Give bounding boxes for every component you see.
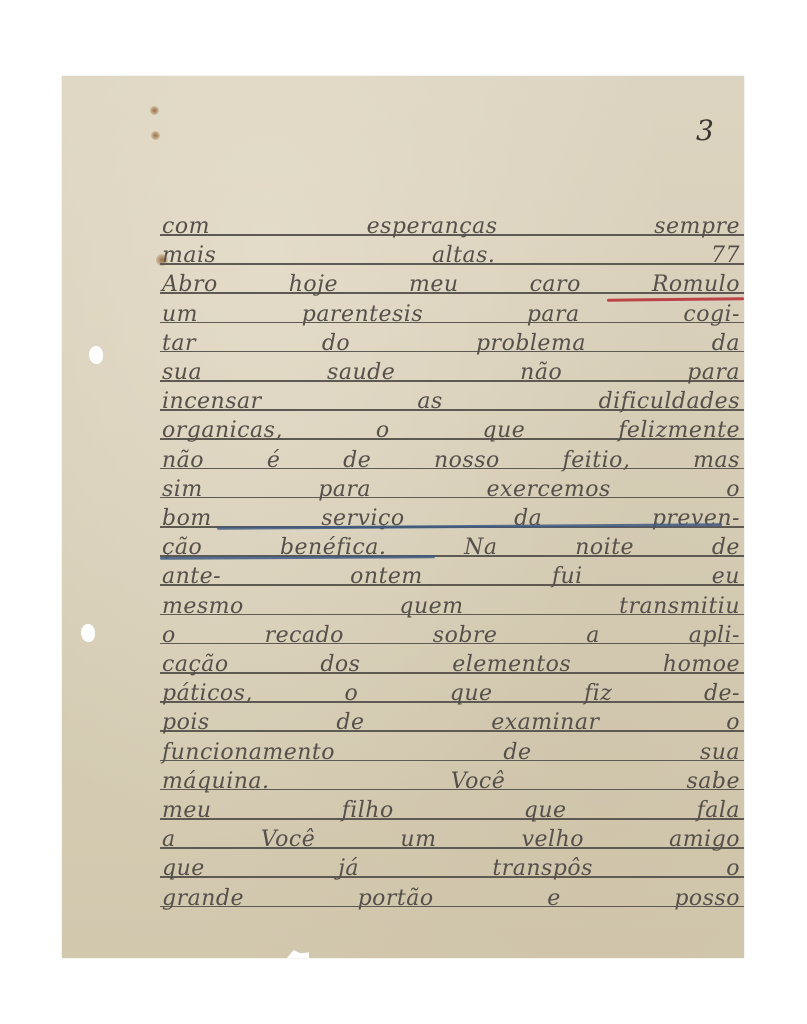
handwritten-word: examinar [491, 710, 599, 736]
handwritten-word: e [547, 886, 561, 912]
handwritten-word: não [162, 448, 204, 474]
handwritten-word: páticos, [162, 681, 253, 707]
handwritten-word: parentesis [302, 302, 423, 328]
handwritten-word: feitio, [563, 448, 631, 474]
handwritten-word: é [267, 448, 281, 474]
handwritten-word: velho [522, 827, 584, 853]
handwritten-word: Você [451, 769, 505, 795]
handwritten-word: ante- [162, 564, 221, 590]
handwritten-line: comesperançassempre [162, 212, 740, 240]
handwritten-word: meu [162, 798, 212, 824]
handwritten-word: de [712, 535, 740, 561]
handwritten-word: elementos [452, 652, 571, 678]
handwritten-word: nosso [434, 448, 500, 474]
handwritten-word: sim [162, 477, 203, 503]
handwritten-line: incensarasdificuldades [162, 387, 740, 415]
handwritten-word: hoje [289, 272, 338, 298]
handwritten-word: eu [712, 564, 740, 590]
handwritten-line: orecadosobreaapli- [162, 621, 740, 649]
handwritten-word: posso [674, 886, 740, 912]
handwritten-line: ante-ontemfuieu [162, 562, 740, 590]
handwritten-word: dos [320, 652, 360, 678]
handwritten-word: um [400, 827, 436, 853]
handwritten-line: maisaltas.77 [162, 241, 740, 269]
page-number: 3 [696, 114, 714, 147]
handwritten-word: incensar [162, 389, 262, 415]
handwritten-line: páticos,oquefizde- [162, 679, 740, 707]
handwritten-word: já [338, 856, 359, 882]
handwritten-word: recado [265, 623, 344, 649]
handwritten-word: que [524, 798, 567, 824]
handwritten-word: sabe [686, 769, 740, 795]
punch-hole-bottom [81, 624, 95, 642]
handwritten-word: cação [162, 652, 229, 678]
handwritten-word: altas. [432, 243, 495, 269]
handwritten-word: com [162, 214, 210, 240]
handwritten-word: homoe [663, 652, 740, 678]
handwritten-line: funcionamentodesua [162, 738, 740, 766]
handwritten-word: para [687, 360, 740, 386]
handwritten-word: problema [476, 331, 586, 357]
handwritten-word: que [450, 681, 493, 707]
handwritten-word: da [514, 506, 542, 532]
handwritten-word: máquina. [162, 769, 270, 795]
handwritten-word: mas [693, 448, 740, 474]
handwritten-word: quem [399, 594, 463, 620]
handwritten-word: dificuldades [599, 389, 740, 415]
handwritten-word: para [527, 302, 580, 328]
handwritten-word: de [336, 710, 364, 736]
handwritten-line: grandeportãoeposso [162, 884, 740, 912]
handwritten-line: caçãodoselementoshomoe [162, 650, 740, 678]
handwritten-word: o [162, 623, 176, 649]
handwritten-word: sua [162, 360, 202, 386]
paper-tear [287, 950, 309, 958]
handwritten-word: tar [162, 331, 196, 357]
handwritten-word: portão [358, 886, 434, 912]
handwritten-word: sua [700, 740, 740, 766]
handwritten-word: a [162, 827, 176, 853]
handwritten-word: que [483, 418, 526, 444]
handwritten-word: para [318, 477, 371, 503]
handwritten-word: o [344, 681, 358, 707]
handwritten-word: noite [575, 535, 634, 561]
handwritten-word: apli- [689, 623, 740, 649]
handwritten-word: de [343, 448, 371, 474]
handwritten-word: as [417, 389, 442, 415]
handwritten-word: de [503, 740, 531, 766]
handwritten-word: mesmo [162, 594, 244, 620]
handwritten-word: o [726, 856, 740, 882]
handwritten-word: sempre [654, 214, 740, 240]
handwritten-word: fiz [584, 681, 612, 707]
handwritten-word: pois [162, 710, 210, 736]
handwritten-word: transpôs [492, 856, 593, 882]
handwritten-word: sobre [433, 623, 498, 649]
handwritten-word: o [726, 710, 740, 736]
handwritten-line: máquina.Vocêsabe [162, 767, 740, 795]
handwritten-word: caro [530, 272, 581, 298]
handwritten-word: bom [162, 506, 212, 532]
handwritten-word: mais [162, 243, 216, 269]
handwritten-word: um [162, 302, 198, 328]
handwritten-word: do [322, 331, 350, 357]
handwritten-word: funcionamento [162, 740, 335, 766]
handwritten-word: transmitiu [619, 594, 740, 620]
handwritten-word: fui [552, 564, 583, 590]
handwritten-line: poisdeexaminaro [162, 708, 740, 736]
manuscript-page: 3 comesperançassempremaisaltas.77Abrohoj… [62, 76, 744, 958]
handwritten-word: exercemos [487, 477, 611, 503]
handwritten-word: 77 [711, 243, 740, 269]
handwritten-word: amigo [669, 827, 740, 853]
handwritten-word: o [726, 477, 740, 503]
handwritten-word: organicas, [162, 418, 283, 444]
handwritten-line: organicas,oquefelizmente [162, 416, 740, 444]
handwritten-word: esperanças [367, 214, 498, 240]
handwritten-line: mesmoquemtransmitiu [162, 592, 740, 620]
foxing-spot [151, 131, 160, 140]
handwritten-word: felizmente [618, 418, 740, 444]
handwritten-word: ontem [350, 564, 423, 590]
handwritten-word: cogi- [683, 302, 740, 328]
handwritten-word: Abro [162, 272, 218, 298]
handwritten-line: tardoproblemada [162, 329, 740, 357]
handwritten-line: suasaudenãopara [162, 358, 740, 386]
handwritten-word: meu [409, 272, 459, 298]
punch-hole-top [89, 346, 103, 364]
handwritten-word: a [586, 623, 600, 649]
handwritten-word: da [712, 331, 740, 357]
handwritten-line: simparaexercemoso [162, 475, 740, 503]
handwritten-line: nãoédenossofeitio,mas [162, 446, 740, 474]
handwritten-word: Romulo [652, 272, 740, 298]
handwritten-word: não [520, 360, 562, 386]
foxing-spot [150, 106, 159, 115]
handwritten-word: que [162, 856, 205, 882]
handwritten-line: quejátranspôso [162, 854, 740, 882]
handwritten-word: de- [704, 681, 740, 707]
handwritten-word: fala [697, 798, 740, 824]
handwritten-word: grande [162, 886, 244, 912]
handwritten-line: AbrohojemeucaroRomulo [162, 270, 740, 298]
handwritten-word: Na [464, 535, 497, 561]
handwritten-word: filho [342, 798, 394, 824]
handwritten-word: preven- [652, 506, 740, 532]
handwritten-line: umparentesisparacogi- [162, 300, 740, 328]
handwritten-word: o [376, 418, 390, 444]
handwritten-word: Você [261, 827, 315, 853]
handwritten-line: aVocêumvelhoamigo [162, 825, 740, 853]
handwritten-word: saude [327, 360, 395, 386]
handwritten-line: meufilhoquefala [162, 796, 740, 824]
